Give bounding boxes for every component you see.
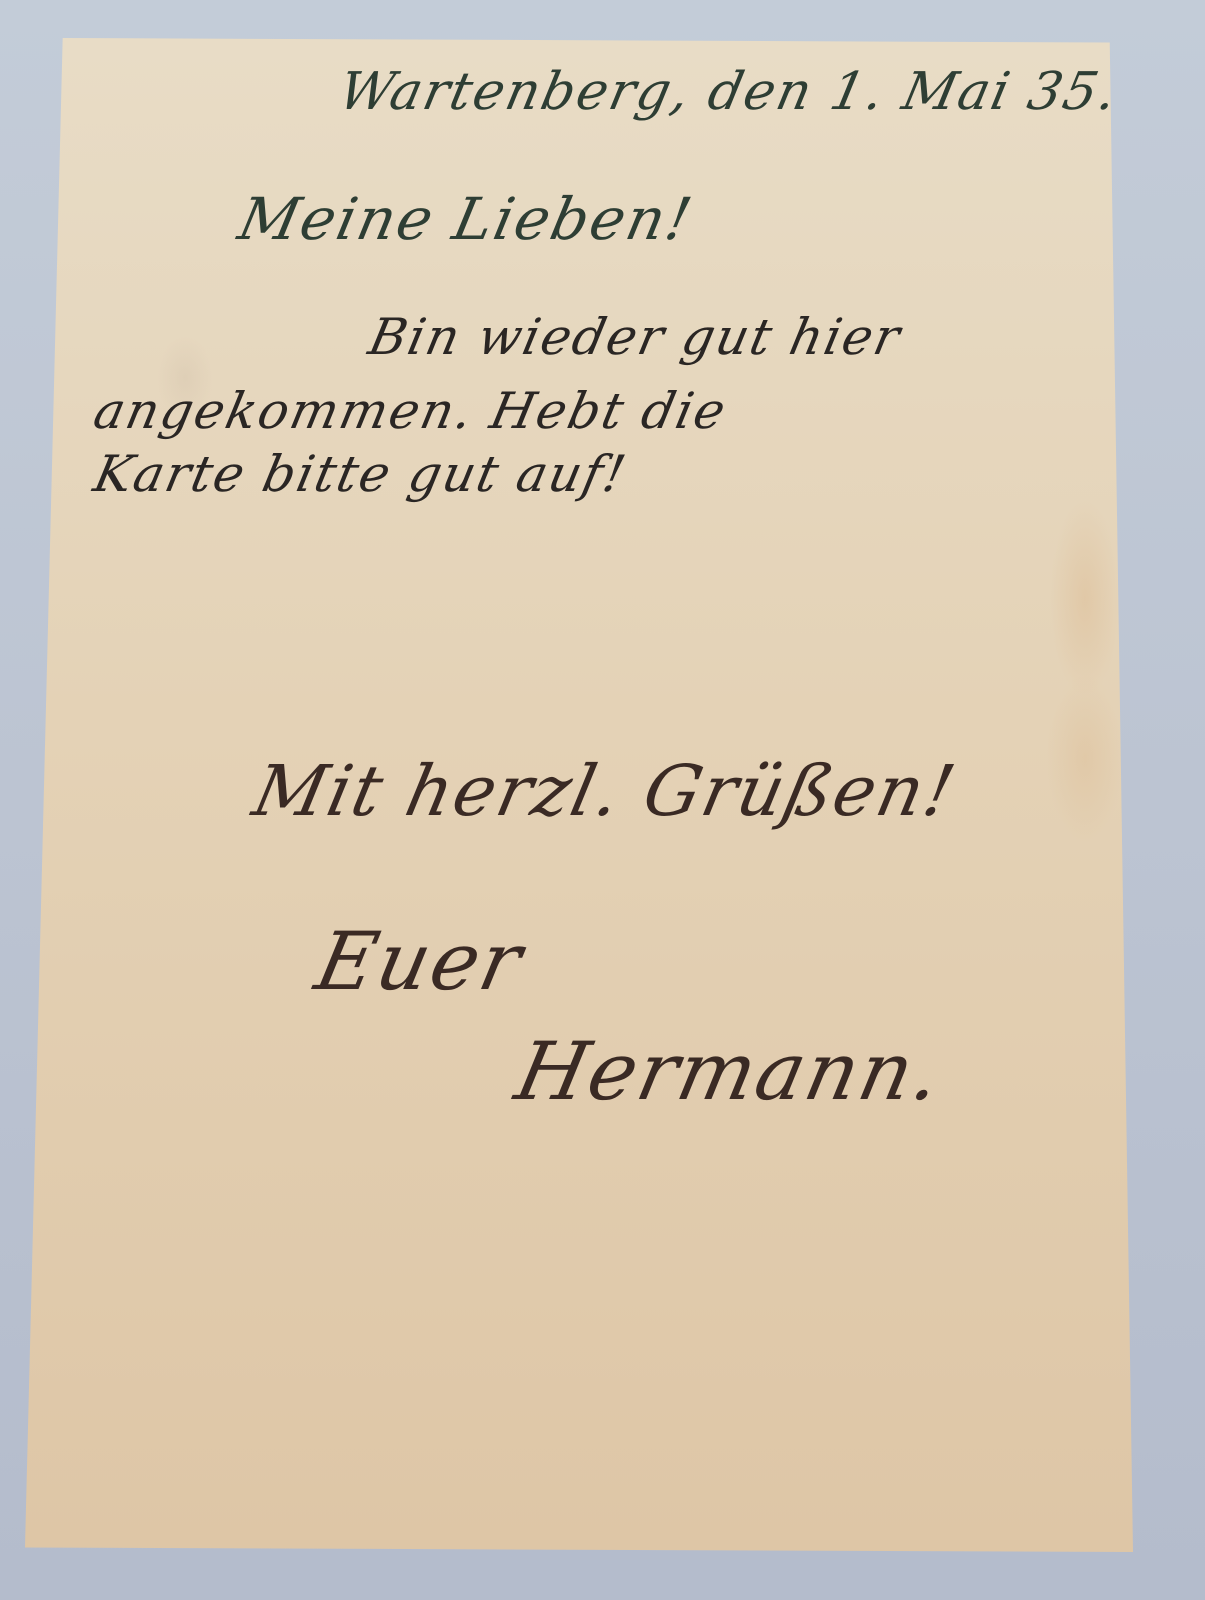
signature-name: Hermann. xyxy=(508,1025,951,1118)
salutation: Meine Lieben! xyxy=(233,185,699,253)
signature-line-1: Euer xyxy=(308,915,531,1008)
closing-greeting: Mit herzl. Grüßen! xyxy=(246,750,963,832)
body-line-1: Bin wieder gut hier xyxy=(364,308,907,366)
date-line: Wartenberg, den 1. Mai 35. xyxy=(334,62,1124,122)
body-line-2: angekommen. Hebt die xyxy=(89,382,733,440)
body-line-3: Karte bitte gut auf! xyxy=(89,445,632,503)
